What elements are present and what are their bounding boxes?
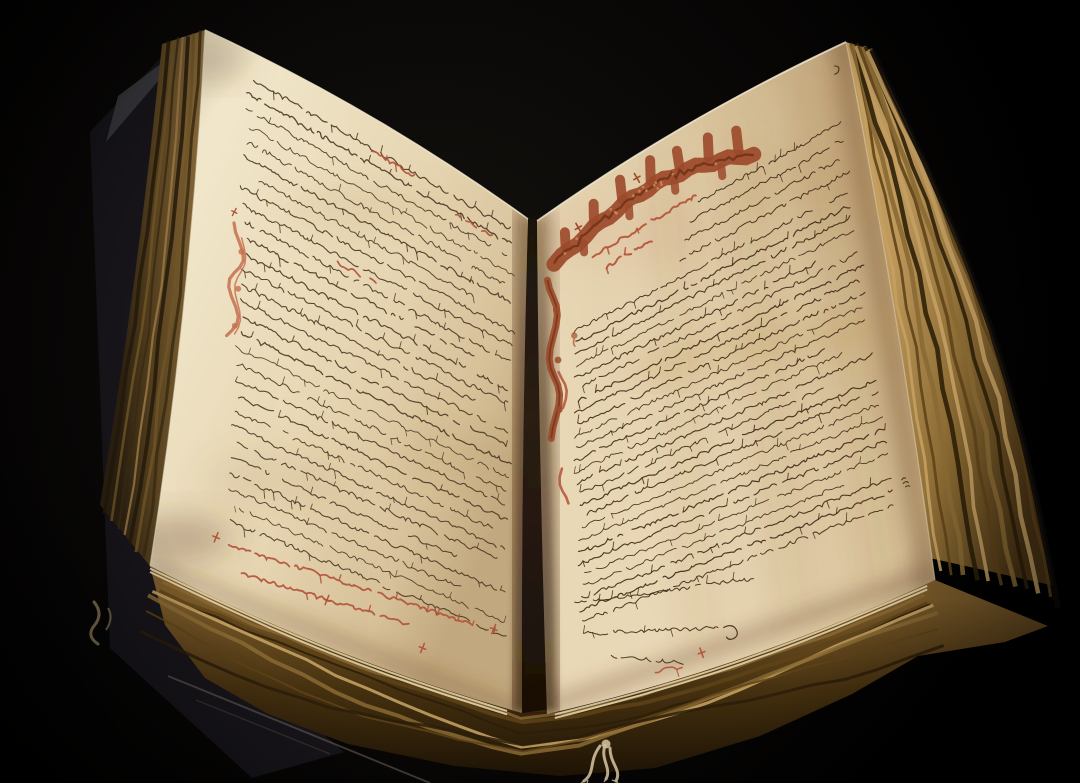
manuscript-photo xyxy=(0,0,1080,783)
manuscript-scene xyxy=(0,0,1080,783)
